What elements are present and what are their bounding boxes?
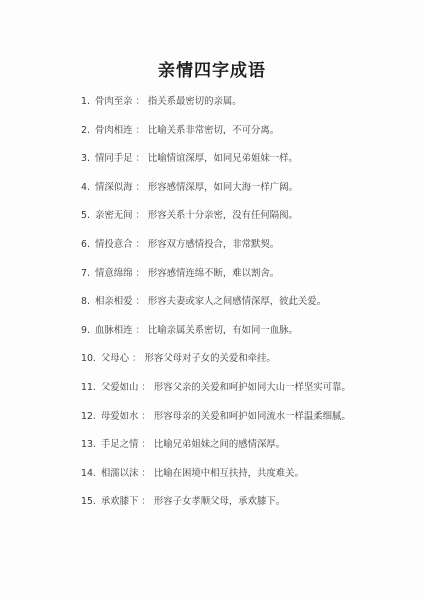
item-term: 母爱如水 [101, 411, 139, 422]
item-description: 形容父亲的关爱和呵护如同大山一样坚实可靠。 [154, 382, 351, 393]
item-description: 比喻关系非常密切，不可分离。 [148, 125, 279, 136]
item-description: 比喻兄弟姐妹之间的感情深厚。 [154, 439, 285, 450]
list-item: 6. 情投意合：形容双方感情投合，非常默契。 [81, 238, 351, 267]
item-description: 形容父母对子女的关爱和牵挂。 [144, 353, 275, 364]
item-term: 情意绵绵 [95, 268, 133, 279]
item-term: 相濡以沫 [101, 468, 139, 479]
list-item: 13. 手足之情：比喻兄弟姐妹之间的感情深厚。 [81, 438, 351, 467]
item-description: 形容感情连绵不断，难以割舍。 [148, 268, 279, 279]
list-item: 10. 父母心：形容父母对子女的关爱和牵挂。 [81, 352, 351, 381]
item-number: 5. [81, 210, 90, 221]
item-term: 亲密无间 [95, 210, 133, 221]
item-number: 9. [81, 325, 90, 336]
item-term: 骨肉相连 [95, 125, 133, 136]
item-number: 6. [81, 239, 90, 250]
item-term: 情同手足 [95, 153, 133, 164]
item-term: 情深似海 [95, 182, 133, 193]
item-separator: ： [135, 268, 144, 279]
item-separator: ： [135, 210, 144, 221]
item-separator: ： [135, 96, 144, 107]
item-separator: ： [135, 325, 144, 336]
list-item: 8. 相亲相爱：形容夫妻或家人之间感情深厚，彼此关爱。 [81, 295, 351, 324]
item-separator: ： [135, 182, 144, 193]
list-item: 12. 母爱如水：形容母亲的关爱和呵护如同流水一样温柔细腻。 [81, 410, 351, 439]
list-item: 11. 父爱如山：形容父亲的关爱和呵护如同大山一样坚实可靠。 [81, 381, 351, 410]
item-separator: ： [135, 153, 144, 164]
item-separator: ： [141, 411, 150, 422]
item-separator: ： [141, 468, 150, 479]
item-description: 形容母亲的关爱和呵护如同流水一样温柔细腻。 [154, 411, 351, 422]
item-term: 血脉相连 [95, 325, 133, 336]
item-term: 情投意合 [95, 239, 133, 250]
item-description: 指关系最密切的亲属。 [148, 96, 242, 107]
item-term: 承欢膝下 [101, 496, 139, 507]
item-number: 3. [81, 153, 90, 164]
item-number: 13. [81, 439, 96, 450]
item-description: 比喻情谊深厚，如同兄弟姐妹一样。 [148, 153, 298, 164]
item-description: 形容关系十分亲密，没有任何隔阂。 [148, 210, 298, 221]
item-number: 8. [81, 296, 90, 307]
item-term: 父母心 [101, 353, 129, 364]
list-item: 5. 亲密无间：形容关系十分亲密，没有任何隔阂。 [81, 209, 351, 238]
item-term: 手足之情 [101, 439, 139, 450]
item-description: 形容双方感情投合，非常默契。 [148, 239, 279, 250]
document-title: 亲情四字成语 [0, 56, 424, 81]
item-separator: ： [135, 239, 144, 250]
item-term: 相亲相爱 [95, 296, 133, 307]
list-item: 3. 情同手足：比喻情谊深厚，如同兄弟姐妹一样。 [81, 152, 351, 181]
item-description: 比喻在困境中相互扶持，共度难关。 [154, 468, 304, 479]
item-number: 12. [81, 411, 96, 422]
list-item: 4. 情深似海：形容感情深厚，如同大海一样广阔。 [81, 181, 351, 210]
document-page: 亲情四字成语 1. 骨肉至亲：指关系最密切的亲属。 2. 骨肉相连：比喻关系非常… [0, 0, 424, 600]
item-description: 形容子女孝顺父母，承欢膝下。 [154, 496, 285, 507]
list-item: 9. 血脉相连：比喻亲属关系密切，有如同一血脉。 [81, 324, 351, 353]
item-number: 15. [81, 496, 96, 507]
item-term: 骨肉至亲 [95, 96, 133, 107]
item-number: 1. [81, 96, 90, 107]
item-number: 7. [81, 268, 90, 279]
list-item: 14. 相濡以沫：比喻在困境中相互扶持，共度难关。 [81, 467, 351, 496]
item-description: 比喻亲属关系密切，有如同一血脉。 [148, 325, 298, 336]
item-separator: ： [132, 353, 141, 364]
item-separator: ： [141, 382, 150, 393]
item-number: 10. [81, 353, 96, 364]
item-separator: ： [141, 439, 150, 450]
item-term: 父爱如山 [101, 382, 139, 393]
item-number: 14. [81, 468, 96, 479]
item-number: 2. [81, 125, 90, 136]
item-description: 形容感情深厚，如同大海一样广阔。 [148, 182, 298, 193]
item-separator: ： [141, 496, 150, 507]
list-item: 7. 情意绵绵：形容感情连绵不断，难以割舍。 [81, 267, 351, 296]
list-item: 15. 承欢膝下：形容子女孝顺父母，承欢膝下。 [81, 495, 351, 524]
list-item: 1. 骨肉至亲：指关系最密切的亲属。 [81, 95, 351, 124]
item-description: 形容夫妻或家人之间感情深厚，彼此关爱。 [148, 296, 326, 307]
item-number: 11. [81, 382, 96, 393]
idiom-list: 1. 骨肉至亲：指关系最密切的亲属。 2. 骨肉相连：比喻关系非常密切，不可分离… [81, 95, 351, 524]
item-separator: ： [135, 296, 144, 307]
list-item: 2. 骨肉相连：比喻关系非常密切，不可分离。 [81, 124, 351, 153]
item-separator: ： [135, 125, 144, 136]
item-number: 4. [81, 182, 90, 193]
